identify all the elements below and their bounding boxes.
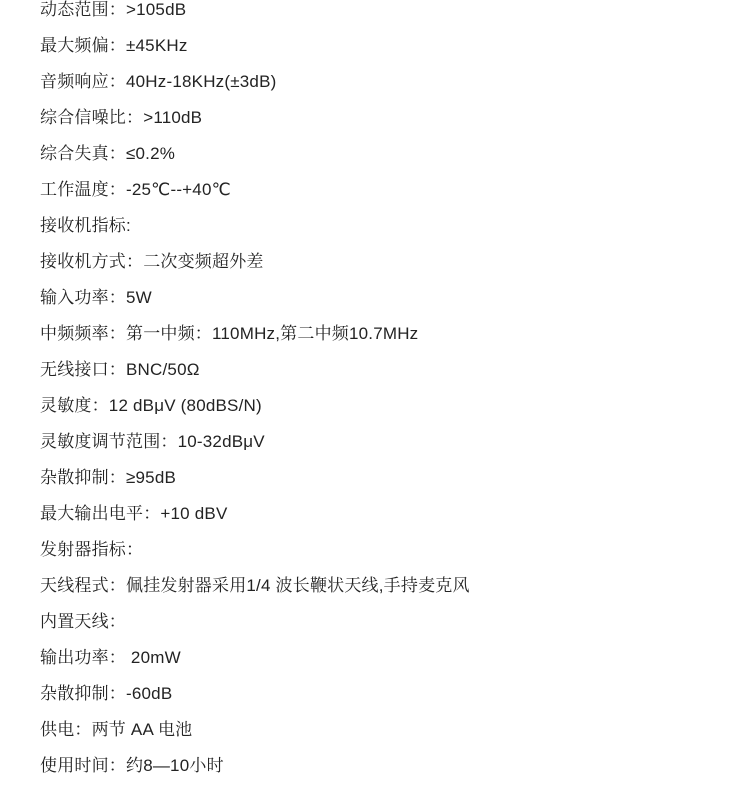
spec-line-battery-life: 使用时间：约8—10小时 [40, 748, 720, 784]
spec-line-max-deviation: 最大频偏：±45KHz [40, 28, 720, 64]
spec-line-power-supply: 供电：两节 AA 电池 [40, 712, 720, 748]
spec-line-audio-response: 音频响应：40Hz-18KHz(±3dB) [40, 64, 720, 100]
spec-line-operating-temp: 工作温度：-25℃--+40℃ [40, 172, 720, 208]
spec-line-distortion: 综合失真：≤0.2% [40, 136, 720, 172]
spec-section-receiver: 接收机指标: [40, 208, 720, 244]
spec-line-input-power: 输入功率：5W [40, 280, 720, 316]
spec-line-spurious-rejection: 杂散抑制：≥95dB [40, 460, 720, 496]
spec-line-wireless-interface: 无线接口：BNC/50Ω [40, 352, 720, 388]
spec-line-output-power: 输出功率： 20mW [40, 640, 720, 676]
spec-line-sensitivity-range: 灵敏度调节范围：10-32dBμV [40, 424, 720, 460]
spec-page: 动态范围：>105dB 最大频偏：±45KHz 音频响应：40Hz-18KHz(… [0, 0, 750, 783]
spec-line-antenna-type: 天线程式：佩挂发射器采用1/4 波长鞭状天线,手持麦克风 [40, 568, 720, 604]
spec-line-dynamic-range: 动态范围：>105dB [40, 0, 720, 28]
spec-line-tx-spurious: 杂散抑制：-60dB [40, 676, 720, 712]
spec-line-if-frequency: 中频频率：第一中频：110MHz,第二中频10.7MHz [40, 316, 720, 352]
spec-line-max-output-level: 最大输出电平：+10 dBV [40, 496, 720, 532]
spec-section-transmitter: 发射器指标： [40, 532, 720, 568]
spec-line-receiver-type: 接收机方式：二次变频超外差 [40, 244, 720, 280]
spec-line-sensitivity: 灵敏度：12 dBμV (80dBS/N) [40, 388, 720, 424]
spec-line-builtin-antenna: 内置天线： [40, 604, 720, 640]
spec-line-snr: 综合信噪比：>110dB [40, 100, 720, 136]
